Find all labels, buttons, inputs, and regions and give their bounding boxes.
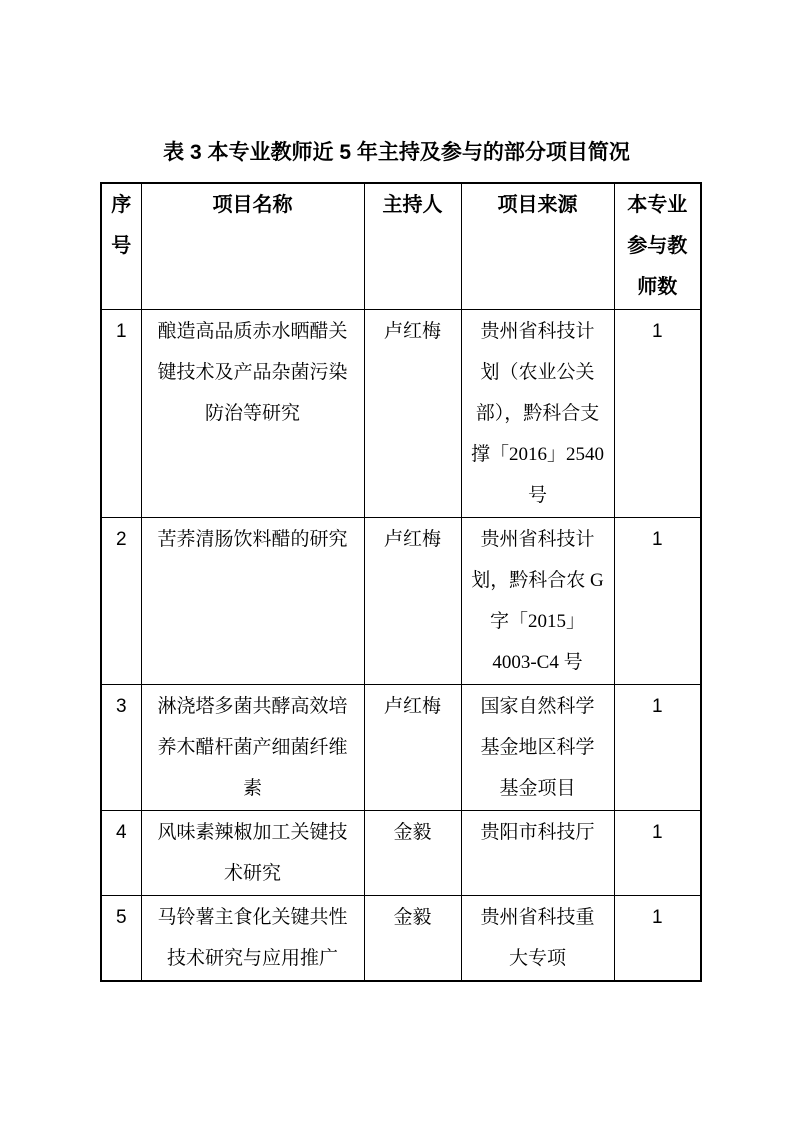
cell-project-source: 贵州省科技重 大专项 <box>461 896 614 982</box>
header-row: 序 号 项目名称 主持人 项目来源 本专业 参与教 师数 <box>101 183 701 310</box>
table-row: 1 酿造高品质赤水晒醋关 键技术及产品杂菌污染 防治等研究 卢红梅 贵州省科技计… <box>101 310 701 518</box>
cell-leader: 金毅 <box>364 896 461 982</box>
table-row: 5 马铃薯主食化关键共性 技术研究与应用推广 金毅 贵州省科技重 大专项 1 <box>101 896 701 982</box>
table-row: 2 苦荞清肠饮料醋的研究 卢红梅 贵州省科技计 划，黔科合农 G 字「2015」… <box>101 518 701 685</box>
cell-leader: 金毅 <box>364 811 461 896</box>
cell-no: 4 <box>101 811 141 896</box>
cell-leader: 卢红梅 <box>364 685 461 811</box>
document-page: 表 3 本专业教师近 5 年主持及参与的部分项目简况 序 号 项目名称 主持人 … <box>0 0 793 1122</box>
header-project-source: 项目来源 <box>461 183 614 310</box>
cell-project-name: 淋浇塔多菌共酵高效培 养木醋杆菌产细菌纤维 素 <box>141 685 364 811</box>
cell-teacher-count: 1 <box>614 896 701 982</box>
cell-project-source: 贵州省科技计 划（农业公关 部），黔科合支 撑「2016」2540 号 <box>461 310 614 518</box>
table-row: 4 风味素辣椒加工关键技 术研究 金毅 贵阳市科技厅 1 <box>101 811 701 896</box>
cell-project-source: 国家自然科学 基金地区科学 基金项目 <box>461 685 614 811</box>
cell-teacher-count: 1 <box>614 518 701 685</box>
cell-no: 5 <box>101 896 141 982</box>
cell-project-name: 酿造高品质赤水晒醋关 键技术及产品杂菌污染 防治等研究 <box>141 310 364 518</box>
cell-project-source: 贵阳市科技厅 <box>461 811 614 896</box>
header-leader: 主持人 <box>364 183 461 310</box>
table-row: 3 淋浇塔多菌共酵高效培 养木醋杆菌产细菌纤维 素 卢红梅 国家自然科学 基金地… <box>101 685 701 811</box>
cell-teacher-count: 1 <box>614 811 701 896</box>
header-no: 序 号 <box>101 183 141 310</box>
cell-project-name: 马铃薯主食化关键共性 技术研究与应用推广 <box>141 896 364 982</box>
cell-project-name: 风味素辣椒加工关键技 术研究 <box>141 811 364 896</box>
header-teacher-count: 本专业 参与教 师数 <box>614 183 701 310</box>
cell-no: 3 <box>101 685 141 811</box>
cell-no: 1 <box>101 310 141 518</box>
cell-project-name: 苦荞清肠饮料醋的研究 <box>141 518 364 685</box>
projects-table: 序 号 项目名称 主持人 项目来源 本专业 参与教 师数 1 酿造高品质赤水晒醋… <box>100 182 702 982</box>
cell-leader: 卢红梅 <box>364 518 461 685</box>
header-project-name: 项目名称 <box>141 183 364 310</box>
table-caption: 表 3 本专业教师近 5 年主持及参与的部分项目简况 <box>0 140 793 166</box>
cell-project-source: 贵州省科技计 划，黔科合农 G 字「2015」 4003-C4 号 <box>461 518 614 685</box>
cell-no: 2 <box>101 518 141 685</box>
cell-teacher-count: 1 <box>614 685 701 811</box>
cell-teacher-count: 1 <box>614 310 701 518</box>
cell-leader: 卢红梅 <box>364 310 461 518</box>
